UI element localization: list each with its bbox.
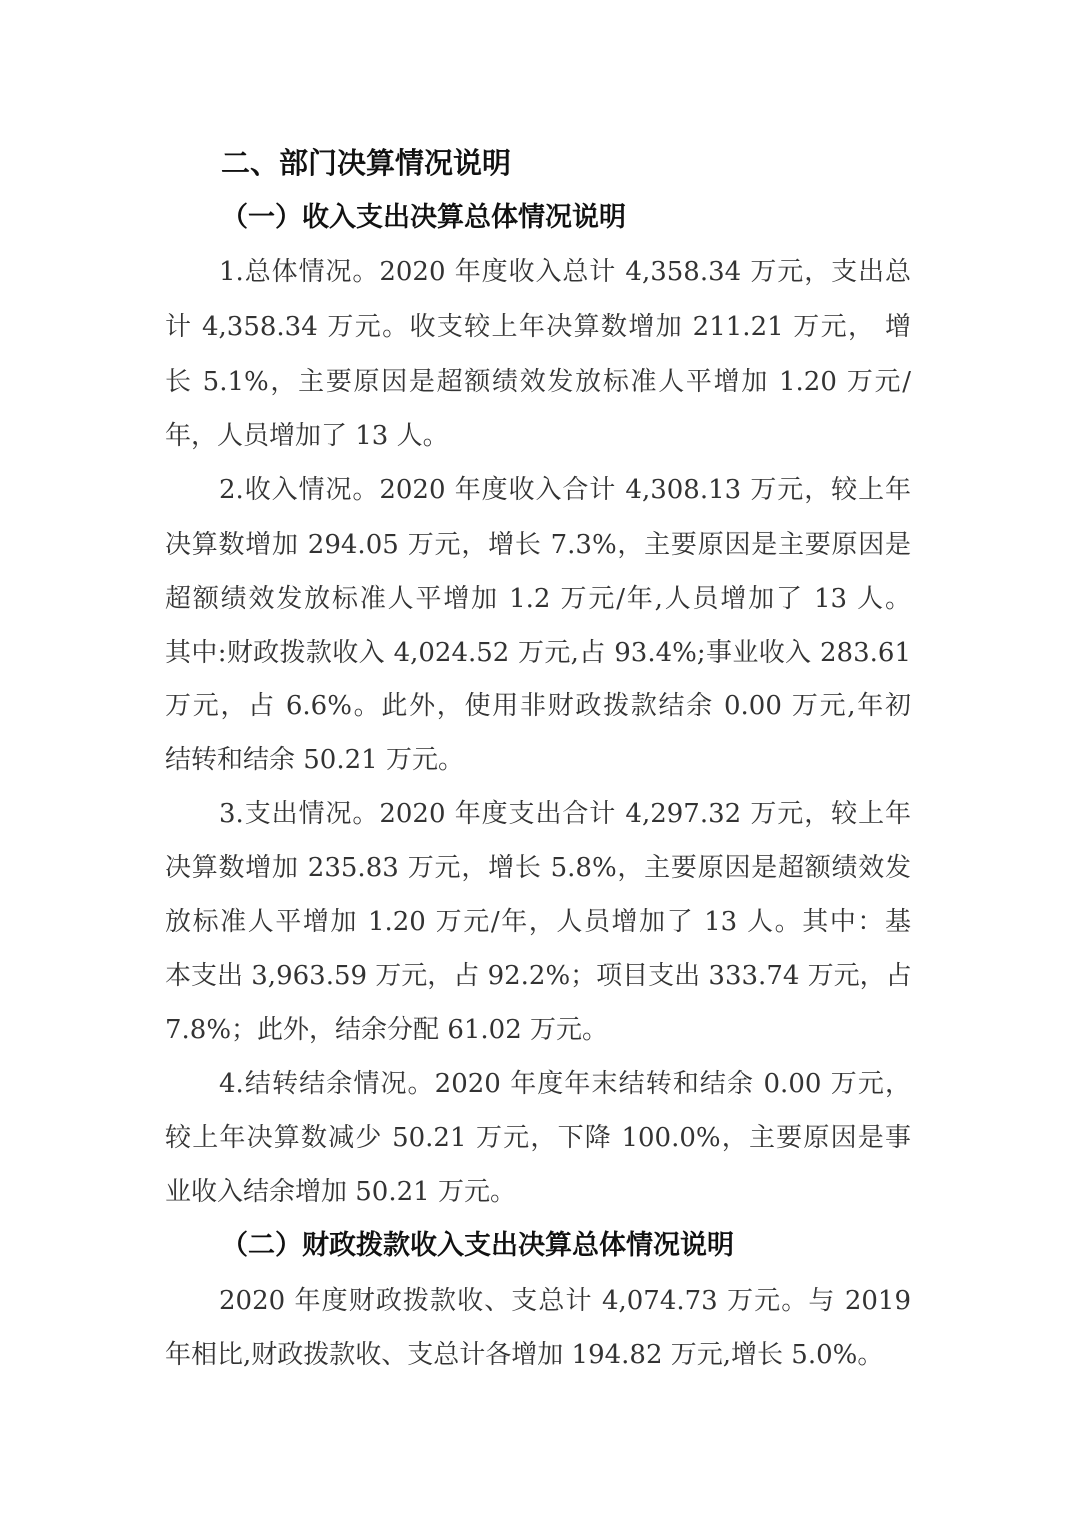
text-line: 1.总体情况。2020 年度收入总计 4,358.34 万元，支出总: [219, 252, 911, 292]
section-heading-income-expenditure: （一）收入支出决算总体情况说明: [221, 198, 626, 238]
text-line: 长 5.1%，主要原因是超额绩效发放标准人平增加 1.20 万元/: [165, 362, 911, 402]
text-line: 本支出 3,963.59 万元，占 92.2%；项目支出 333.74 万元，占: [165, 956, 911, 996]
text-line: 决算数增加 294.05 万元，增长 7.3%，主要原因是主要原因是: [165, 525, 911, 565]
text-line: 万元，占 6.6%。此外，使用非财政拨款结余 0.00 万元,年初: [165, 686, 911, 726]
text-line: 较上年决算数减少 50.21 万元，下降 100.0%，主要原因是事: [165, 1118, 911, 1158]
text-line: 结转和结余 50.21 万元。: [165, 740, 911, 780]
text-line: 3.支出情况。2020 年度支出合计 4,297.32 万元，较上年: [219, 794, 911, 834]
text-line: 计 4,358.34 万元。收支较上年决算数增加 211.21 万元， 增: [165, 307, 911, 347]
text-line: 年，人员增加了 13 人。: [165, 416, 911, 456]
text-line: 4.结转结余情况。2020 年度年末结转和结余 0.00 万元，: [219, 1064, 911, 1104]
text-line: 放标准人平增加 1.20 万元/年，人员增加了 13 人。其中：基: [165, 902, 911, 942]
text-line: 业收入结余增加 50.21 万元。: [165, 1172, 911, 1212]
text-line: 决算数增加 235.83 万元，增长 5.8%，主要原因是超额绩效发: [165, 848, 911, 888]
text-line: 2.收入情况。2020 年度收入合计 4,308.13 万元，较上年: [219, 470, 911, 510]
text-line: 7.8%；此外，结余分配 61.02 万元。: [165, 1010, 911, 1050]
text-line: 2020 年度财政拨款收、支总计 4,074.73 万元。与 2019: [219, 1281, 911, 1321]
text-line: 其中:财政拨款收入 4,024.52 万元,占 93.4%;事业收入 283.6…: [165, 633, 911, 673]
main-heading: 二、部门决算情况说明: [221, 143, 511, 183]
section-heading-fiscal-appropriation: （二）财政拨款收入支出决算总体情况说明: [221, 1226, 734, 1266]
document-page: 二、部门决算情况说明 （一）收入支出决算总体情况说明 1.总体情况。2020 年…: [0, 0, 1074, 1520]
text-line: 年相比,财政拨款收、支总计各增加 194.82 万元,增长 5.0%。: [165, 1335, 911, 1375]
text-line: 超额绩效发放标准人平增加 1.2 万元/年,人员增加了 13 人。: [165, 579, 911, 619]
